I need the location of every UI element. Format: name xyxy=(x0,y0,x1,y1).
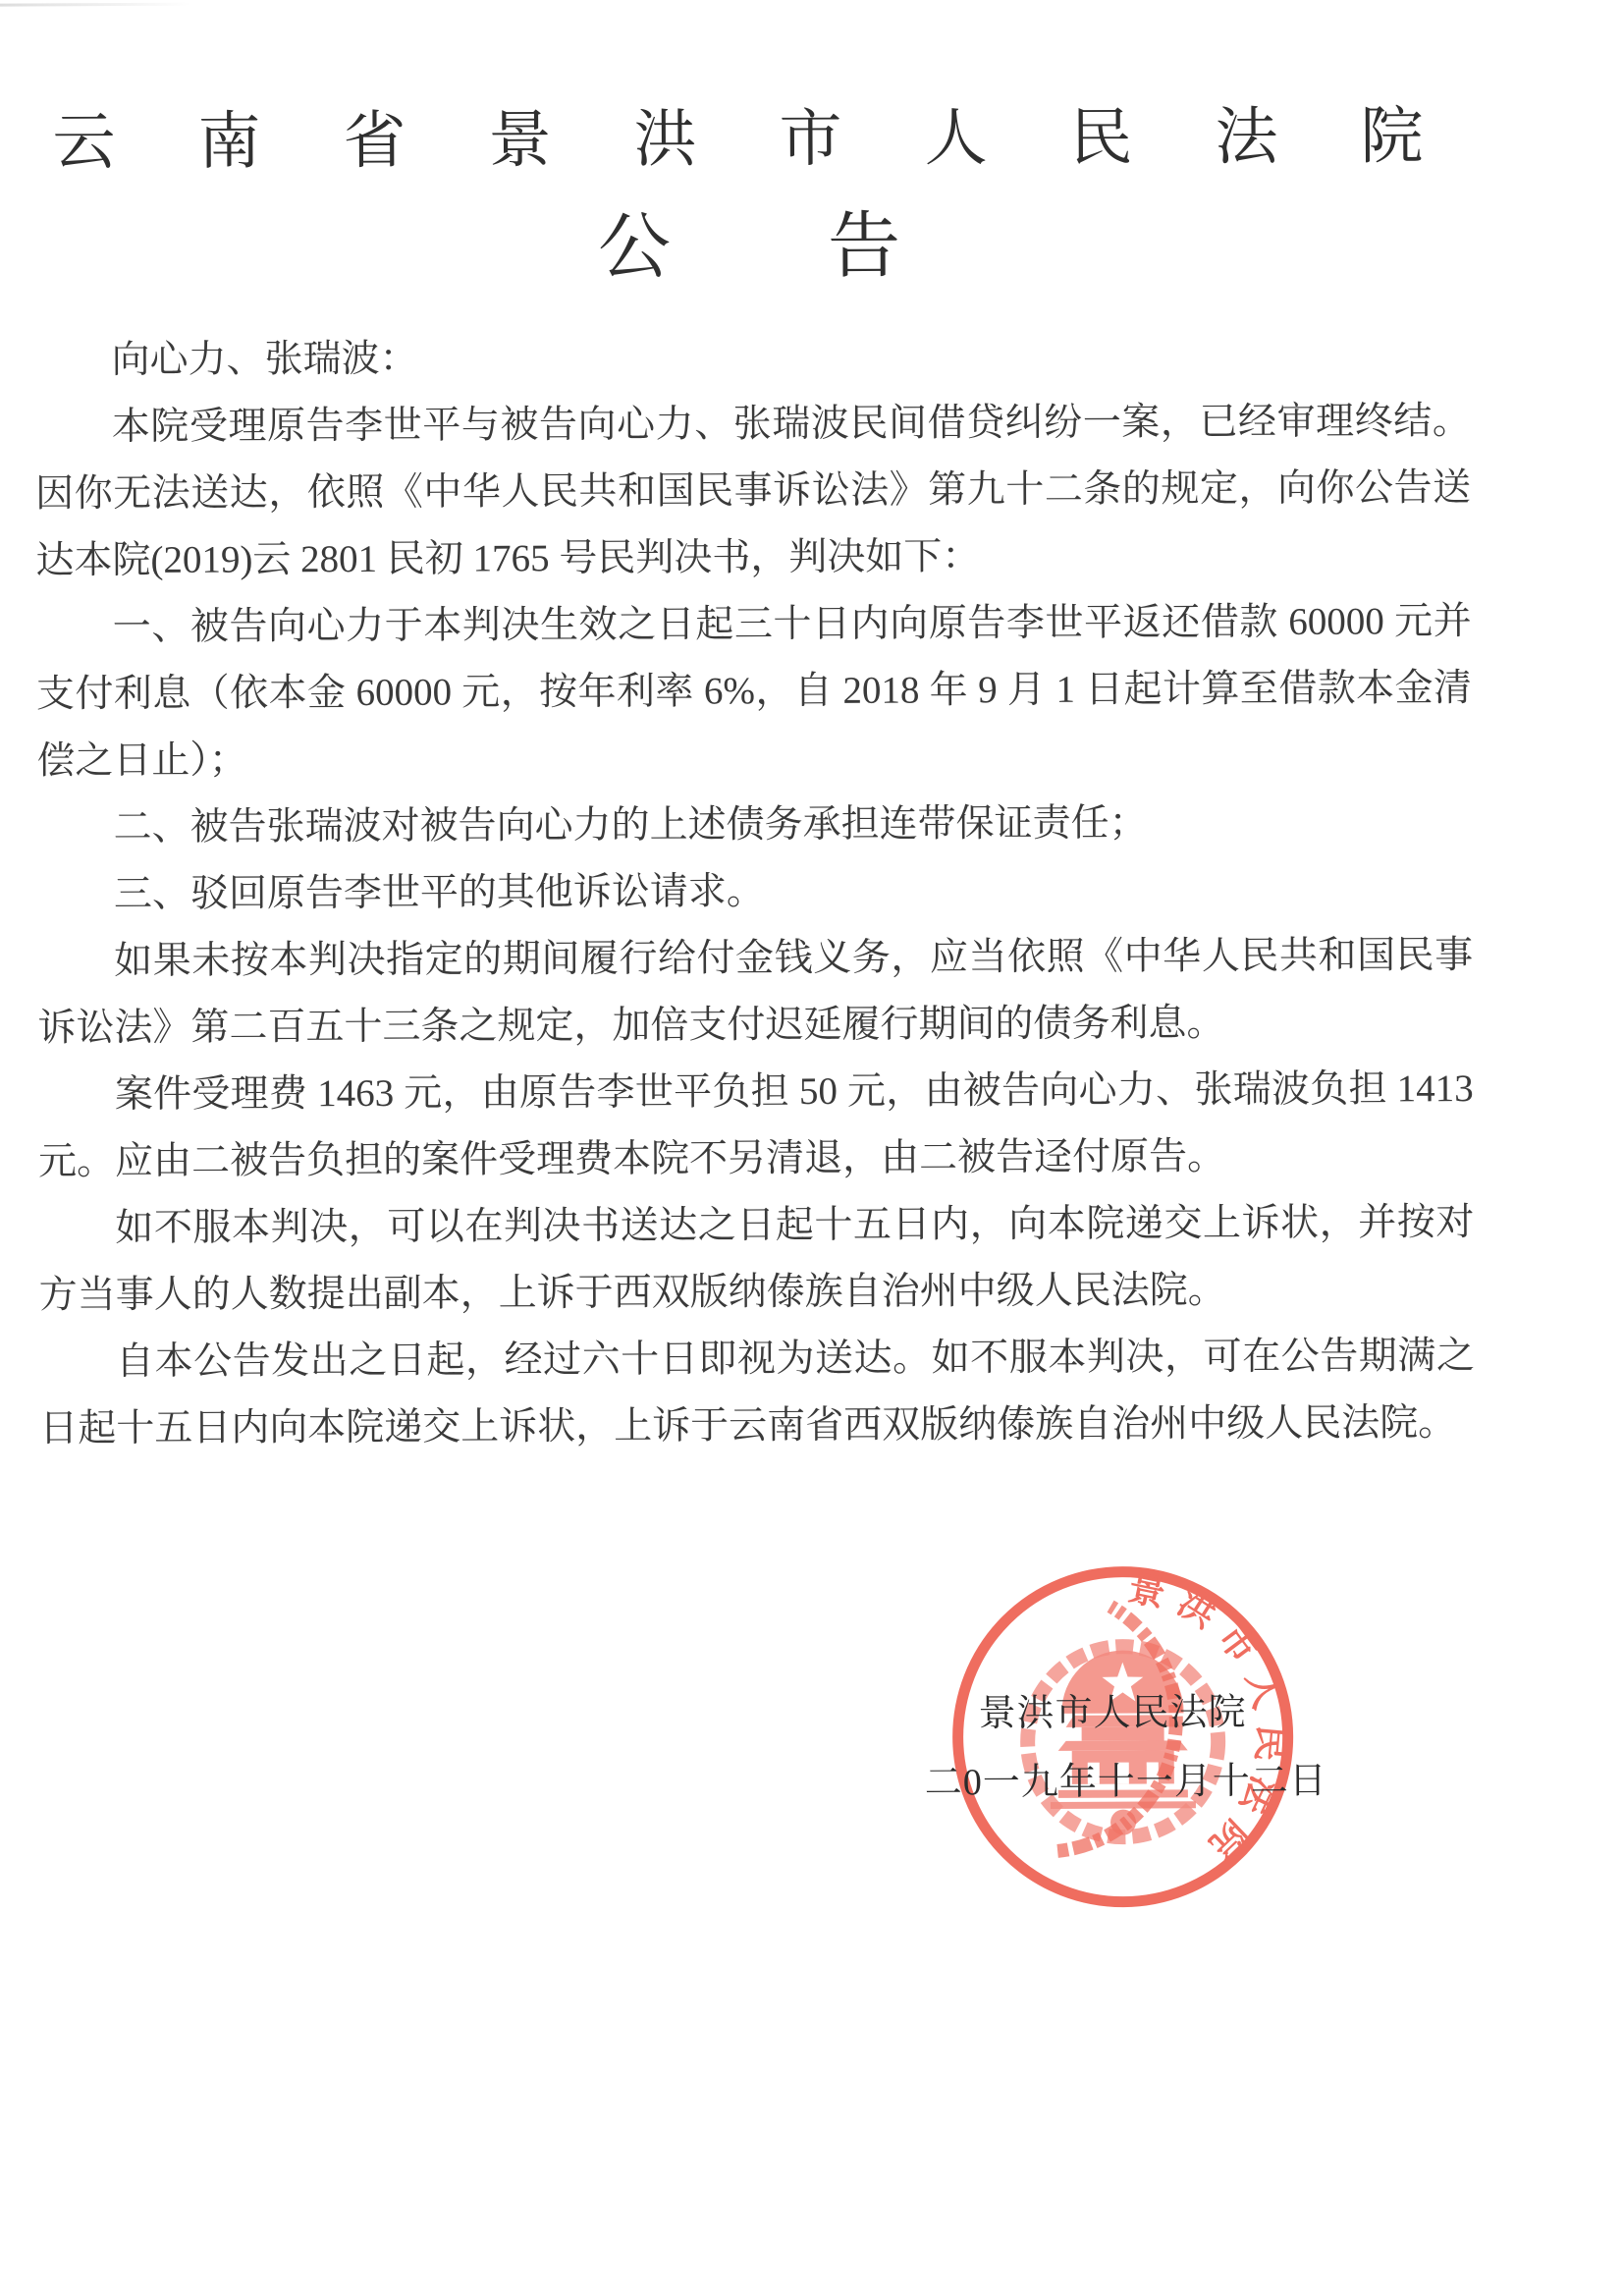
paragraph-service-period: 自本公告发出之日起，经过六十日即视为送达。如不服本判决，可在公告期满之日起十五日… xyxy=(39,1323,1476,1462)
court-header: 云南省景洪市人民法院 xyxy=(52,99,1505,180)
paragraph-judgment-item-1: 一、被告向心力于本判决生效之日起三十日内向原告李世平返还借款 60000 元并支… xyxy=(36,588,1473,794)
document-title: 公告 xyxy=(598,199,1057,296)
paragraph-late-performance: 如果未按本判决指定的期间履行给付金钱义务，应当依照《中华人民共和国民事诉讼法》第… xyxy=(37,922,1474,1062)
paragraph-case-summary: 本院受理原告李世平与被告向心力、张瑞波民间借贷纠纷一案，已经审理终结。因你无法送… xyxy=(35,388,1472,594)
paragraph-court-fees: 案件受理费 1463 元，由原告李世平负担 50 元，由被告向心力、张瑞波负担 … xyxy=(38,1056,1475,1195)
court-announcement-document: 云南省景洪市人民法院 公告 向心力、张瑞波： 本院受理原告李世平与被告向心力、张… xyxy=(0,0,1623,2296)
seal-court-name: 景洪市人民法院 xyxy=(978,1693,1246,1733)
national-emblem xyxy=(1027,1646,1218,1837)
paragraph-judgment-item-3: 三、驳回原告李世平的其他诉讼请求。 xyxy=(37,855,1473,928)
paragraph-judgment-item-2: 二、被告张瑞波对被告向心力的上述债务承担连带保证责任； xyxy=(36,789,1472,861)
scan-edge-artifact xyxy=(0,0,1619,7)
seal-date: 二0一九年十一月十二日 xyxy=(925,1762,1327,1803)
document-body: 向心力、张瑞波： 本院受理原告李世平与被告向心力、张瑞波民间借贷纠纷一案，已经审… xyxy=(34,321,1475,1462)
paragraph-appeal-instructions: 如不服本判决，可以在判决书送达之日起十五日内，向本院递交上诉状，并按对方当事人的… xyxy=(38,1189,1475,1329)
salutation: 向心力、张瑞波： xyxy=(34,321,1470,394)
official-court-seal: 景洪市人民法院 xyxy=(947,1561,1299,1913)
